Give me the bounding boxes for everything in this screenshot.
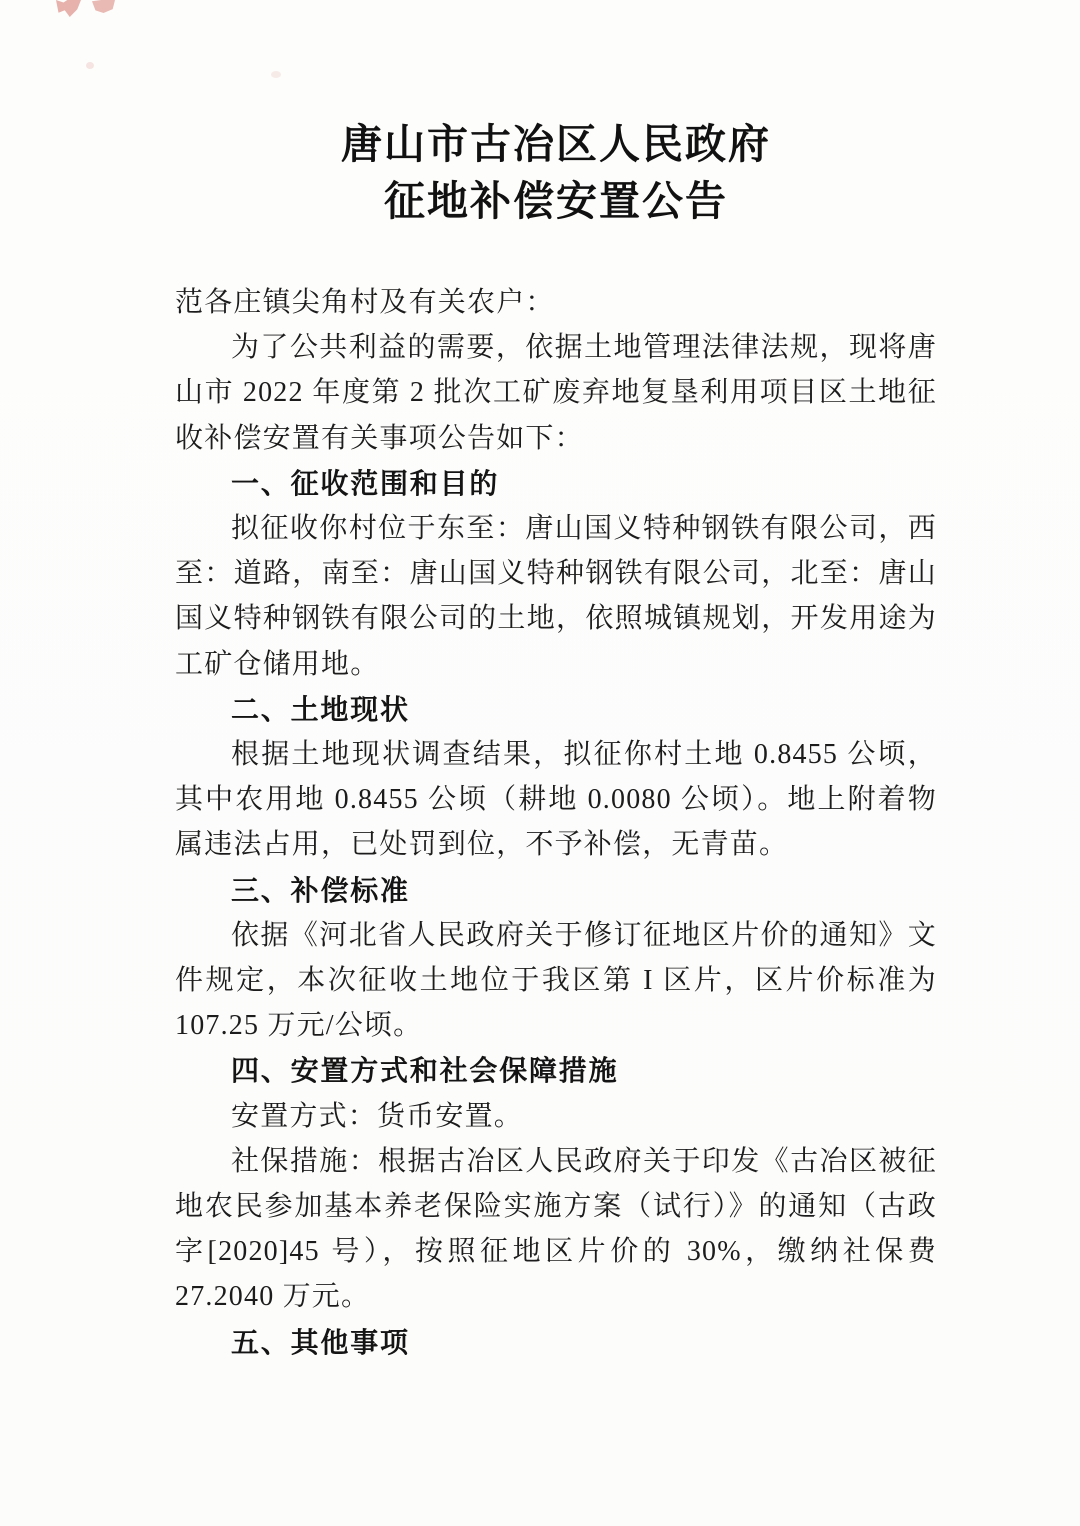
- section-2-paragraph: 根据土地现状调查结果，拟征你村土地 0.8455 公顷，其中农用地 0.8455…: [175, 732, 937, 868]
- red-stamp-fragment: [92, 0, 115, 13]
- section-3-paragraph: 依据《河北省人民政府关于修订征地区片价的通知》文件规定，本次征收土地位于我区第 …: [175, 913, 937, 1049]
- red-stamp-fragment: [271, 71, 281, 78]
- document-body: 范各庄镇尖角村及有关农户： 为了公共利益的需要，依据土地管理法律法规，现将唐山市…: [175, 280, 937, 1365]
- intro-paragraph: 为了公共利益的需要，依据土地管理法律法规，现将唐山市 2022 年度第 2 批次…: [175, 325, 937, 461]
- section-5-heading: 五、其他事项: [175, 1320, 937, 1365]
- section-4-paragraph-resettlement: 安置方式：货币安置。: [175, 1094, 937, 1139]
- salutation: 范各庄镇尖角村及有关农户：: [175, 280, 937, 325]
- document-content: 唐山市古冶区人民政府 征地补偿安置公告 范各庄镇尖角村及有关农户： 为了公共利益…: [175, 116, 937, 1365]
- document-title-issuer: 唐山市古冶区人民政府: [175, 116, 937, 173]
- section-4-heading: 四、安置方式和社会保障措施: [175, 1048, 937, 1093]
- red-stamp-fragment: [86, 62, 94, 69]
- scanned-announcement-page: 唐山市古冶区人民政府 征地补偿安置公告 范各庄镇尖角村及有关农户： 为了公共利益…: [0, 0, 1080, 1526]
- section-2-heading: 二、土地现状: [175, 687, 937, 732]
- red-stamp-fragment: [56, 0, 81, 17]
- section-1-paragraph: 拟征收你村位于东至：唐山国义特种钢铁有限公司，西至：道路，南至：唐山国义特种钢铁…: [175, 506, 937, 687]
- section-3-heading: 三、补偿标准: [175, 868, 937, 913]
- document-title-subject: 征地补偿安置公告: [175, 173, 937, 230]
- section-1-heading: 一、征收范围和目的: [175, 461, 937, 506]
- section-4-paragraph-social-security: 社保措施：根据古冶区人民政府关于印发《古冶区被征地农民参加基本养老保险实施方案（…: [175, 1139, 937, 1320]
